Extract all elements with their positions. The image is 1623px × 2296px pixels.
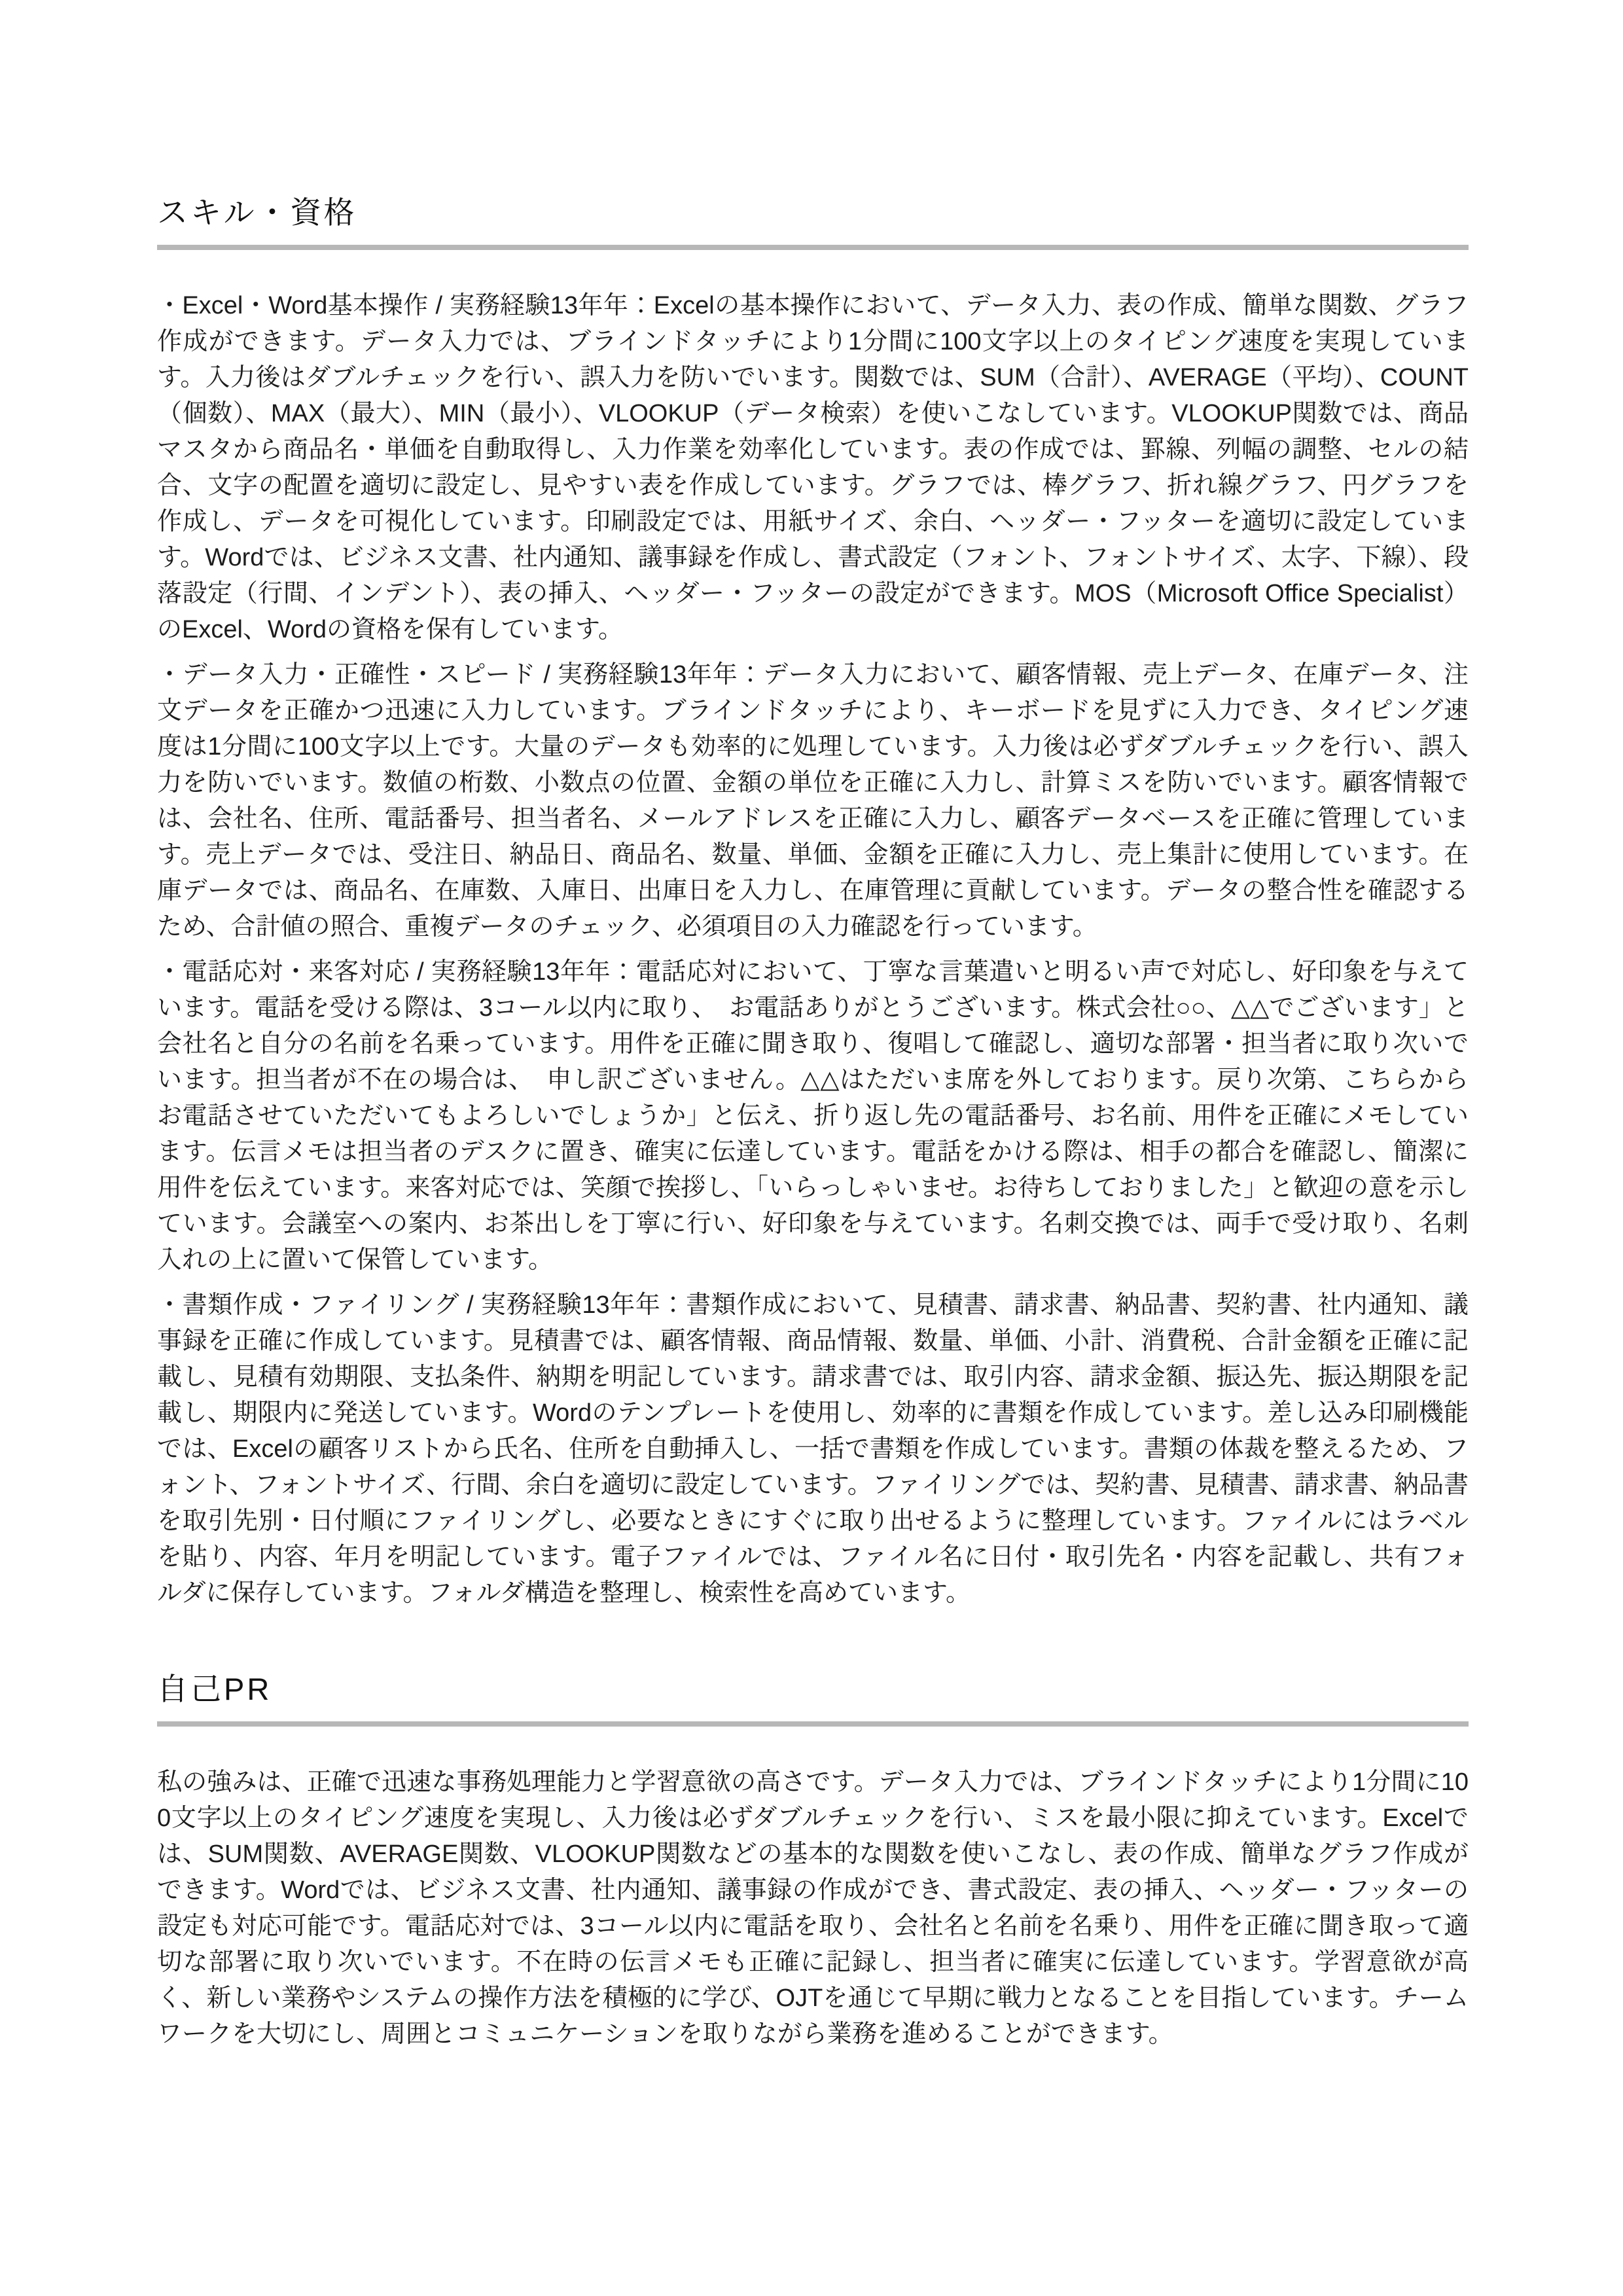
paragraph-excel-word-basics: ・Excel・Word基本操作 / 実務経験13年年：Excelの基本操作におい…: [157, 288, 1469, 648]
paragraph-phone-reception: ・電話応対・来客対応 / 実務経験13年年：電話応対において、丁寧な言葉遣いと明…: [157, 954, 1469, 1278]
section-divider: [157, 1721, 1469, 1727]
paragraph-self-pr: 私の強みは、正確で迅速な事務処理能力と学習意欲の高さです。データ入力では、ブライ…: [157, 1765, 1469, 2053]
section-title-skills: スキル・資格: [157, 195, 1469, 230]
paragraph-data-entry: ・データ入力・正確性・スピード / 実務経験13年年：データ入力において、顧客情…: [157, 657, 1469, 945]
paragraph-document-filing: ・書類作成・ファイリング / 実務経験13年年：書類作成において、見積書、請求書…: [157, 1287, 1469, 1611]
section-divider: [157, 245, 1469, 250]
section-skills: スキル・資格 ・Excel・Word基本操作 / 実務経験13年年：Excelの…: [157, 195, 1469, 1611]
section-self-pr: 自己PR 私の強みは、正確で迅速な事務処理能力と学習意欲の高さです。データ入力で…: [157, 1672, 1469, 2053]
resume-page: スキル・資格 ・Excel・Word基本操作 / 実務経験13年年：Excelの…: [0, 0, 1623, 2296]
section-title-self-pr: 自己PR: [157, 1672, 1469, 1707]
